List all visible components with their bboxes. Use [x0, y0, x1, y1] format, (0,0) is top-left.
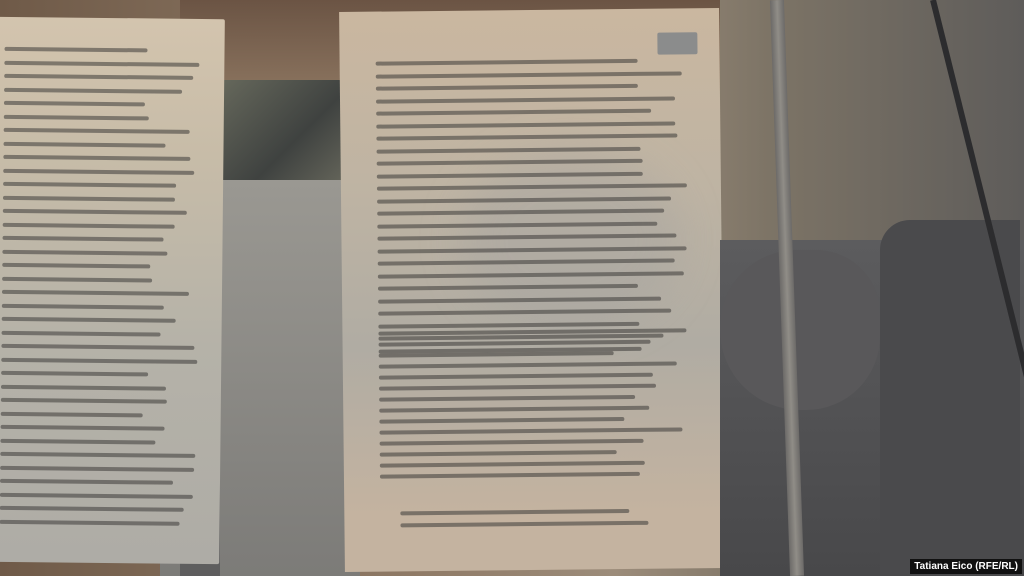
- text-line: [3, 195, 175, 201]
- text-line: [380, 472, 640, 479]
- text-line: [1, 425, 165, 431]
- text-line: [4, 114, 149, 120]
- text-line: [1, 411, 143, 416]
- text-line: [1, 384, 166, 390]
- photo-scene: Tatiana Eico (RFE/RL): [0, 0, 1024, 576]
- text-line: [376, 71, 682, 78]
- text-line: [379, 417, 624, 424]
- text-line: [2, 330, 161, 336]
- text-line: [379, 361, 677, 368]
- display-hat: [720, 250, 880, 410]
- text-line: [379, 395, 635, 402]
- text-line: [0, 452, 195, 458]
- text-line: [379, 384, 656, 391]
- text-line: [380, 450, 617, 456]
- text-line: [0, 438, 155, 444]
- text-line: [2, 317, 176, 323]
- text-line: [400, 509, 629, 515]
- document-left: [0, 17, 225, 564]
- text-line: [379, 406, 649, 413]
- text-line: [2, 303, 165, 309]
- photo-credit: Tatiana Eico (RFE/RL): [910, 559, 1022, 574]
- text-line: [400, 521, 648, 528]
- document-stamp: [657, 32, 697, 54]
- text-line: [4, 74, 193, 80]
- text-line: [379, 373, 653, 380]
- text-line: [2, 263, 150, 269]
- text-line: [3, 182, 176, 188]
- text-line: [378, 321, 639, 328]
- text-line: [380, 439, 644, 446]
- text-line: [376, 96, 675, 103]
- text-line: [376, 59, 638, 66]
- text-line: [3, 155, 190, 161]
- text-line: [376, 121, 675, 128]
- text-line: [379, 340, 651, 347]
- text-line: [0, 519, 180, 525]
- text-line: [379, 427, 682, 434]
- text-line: [380, 461, 645, 468]
- text-line: [0, 506, 184, 512]
- text-line: [5, 47, 148, 53]
- text-line: [4, 87, 182, 93]
- text-line: [3, 236, 164, 242]
- text-line: [1, 344, 194, 350]
- text-line: [2, 276, 152, 282]
- text-line: [4, 60, 199, 66]
- text-line: [1, 398, 167, 404]
- text-line: [3, 209, 187, 215]
- text-line: [0, 492, 193, 498]
- text-line: [3, 168, 194, 174]
- document-main: [339, 8, 725, 572]
- text-line: [4, 141, 166, 147]
- text-line: [1, 357, 197, 363]
- text-line: [0, 465, 194, 471]
- text-line: [0, 479, 173, 485]
- text-line: [376, 133, 677, 140]
- text-line: [4, 101, 145, 106]
- text-line: [2, 290, 189, 296]
- text-line: [376, 84, 638, 91]
- text-line: [1, 371, 148, 377]
- text-line: [376, 109, 651, 116]
- text-line: [2, 249, 167, 255]
- text-line: [4, 128, 190, 134]
- text-line: [3, 222, 175, 228]
